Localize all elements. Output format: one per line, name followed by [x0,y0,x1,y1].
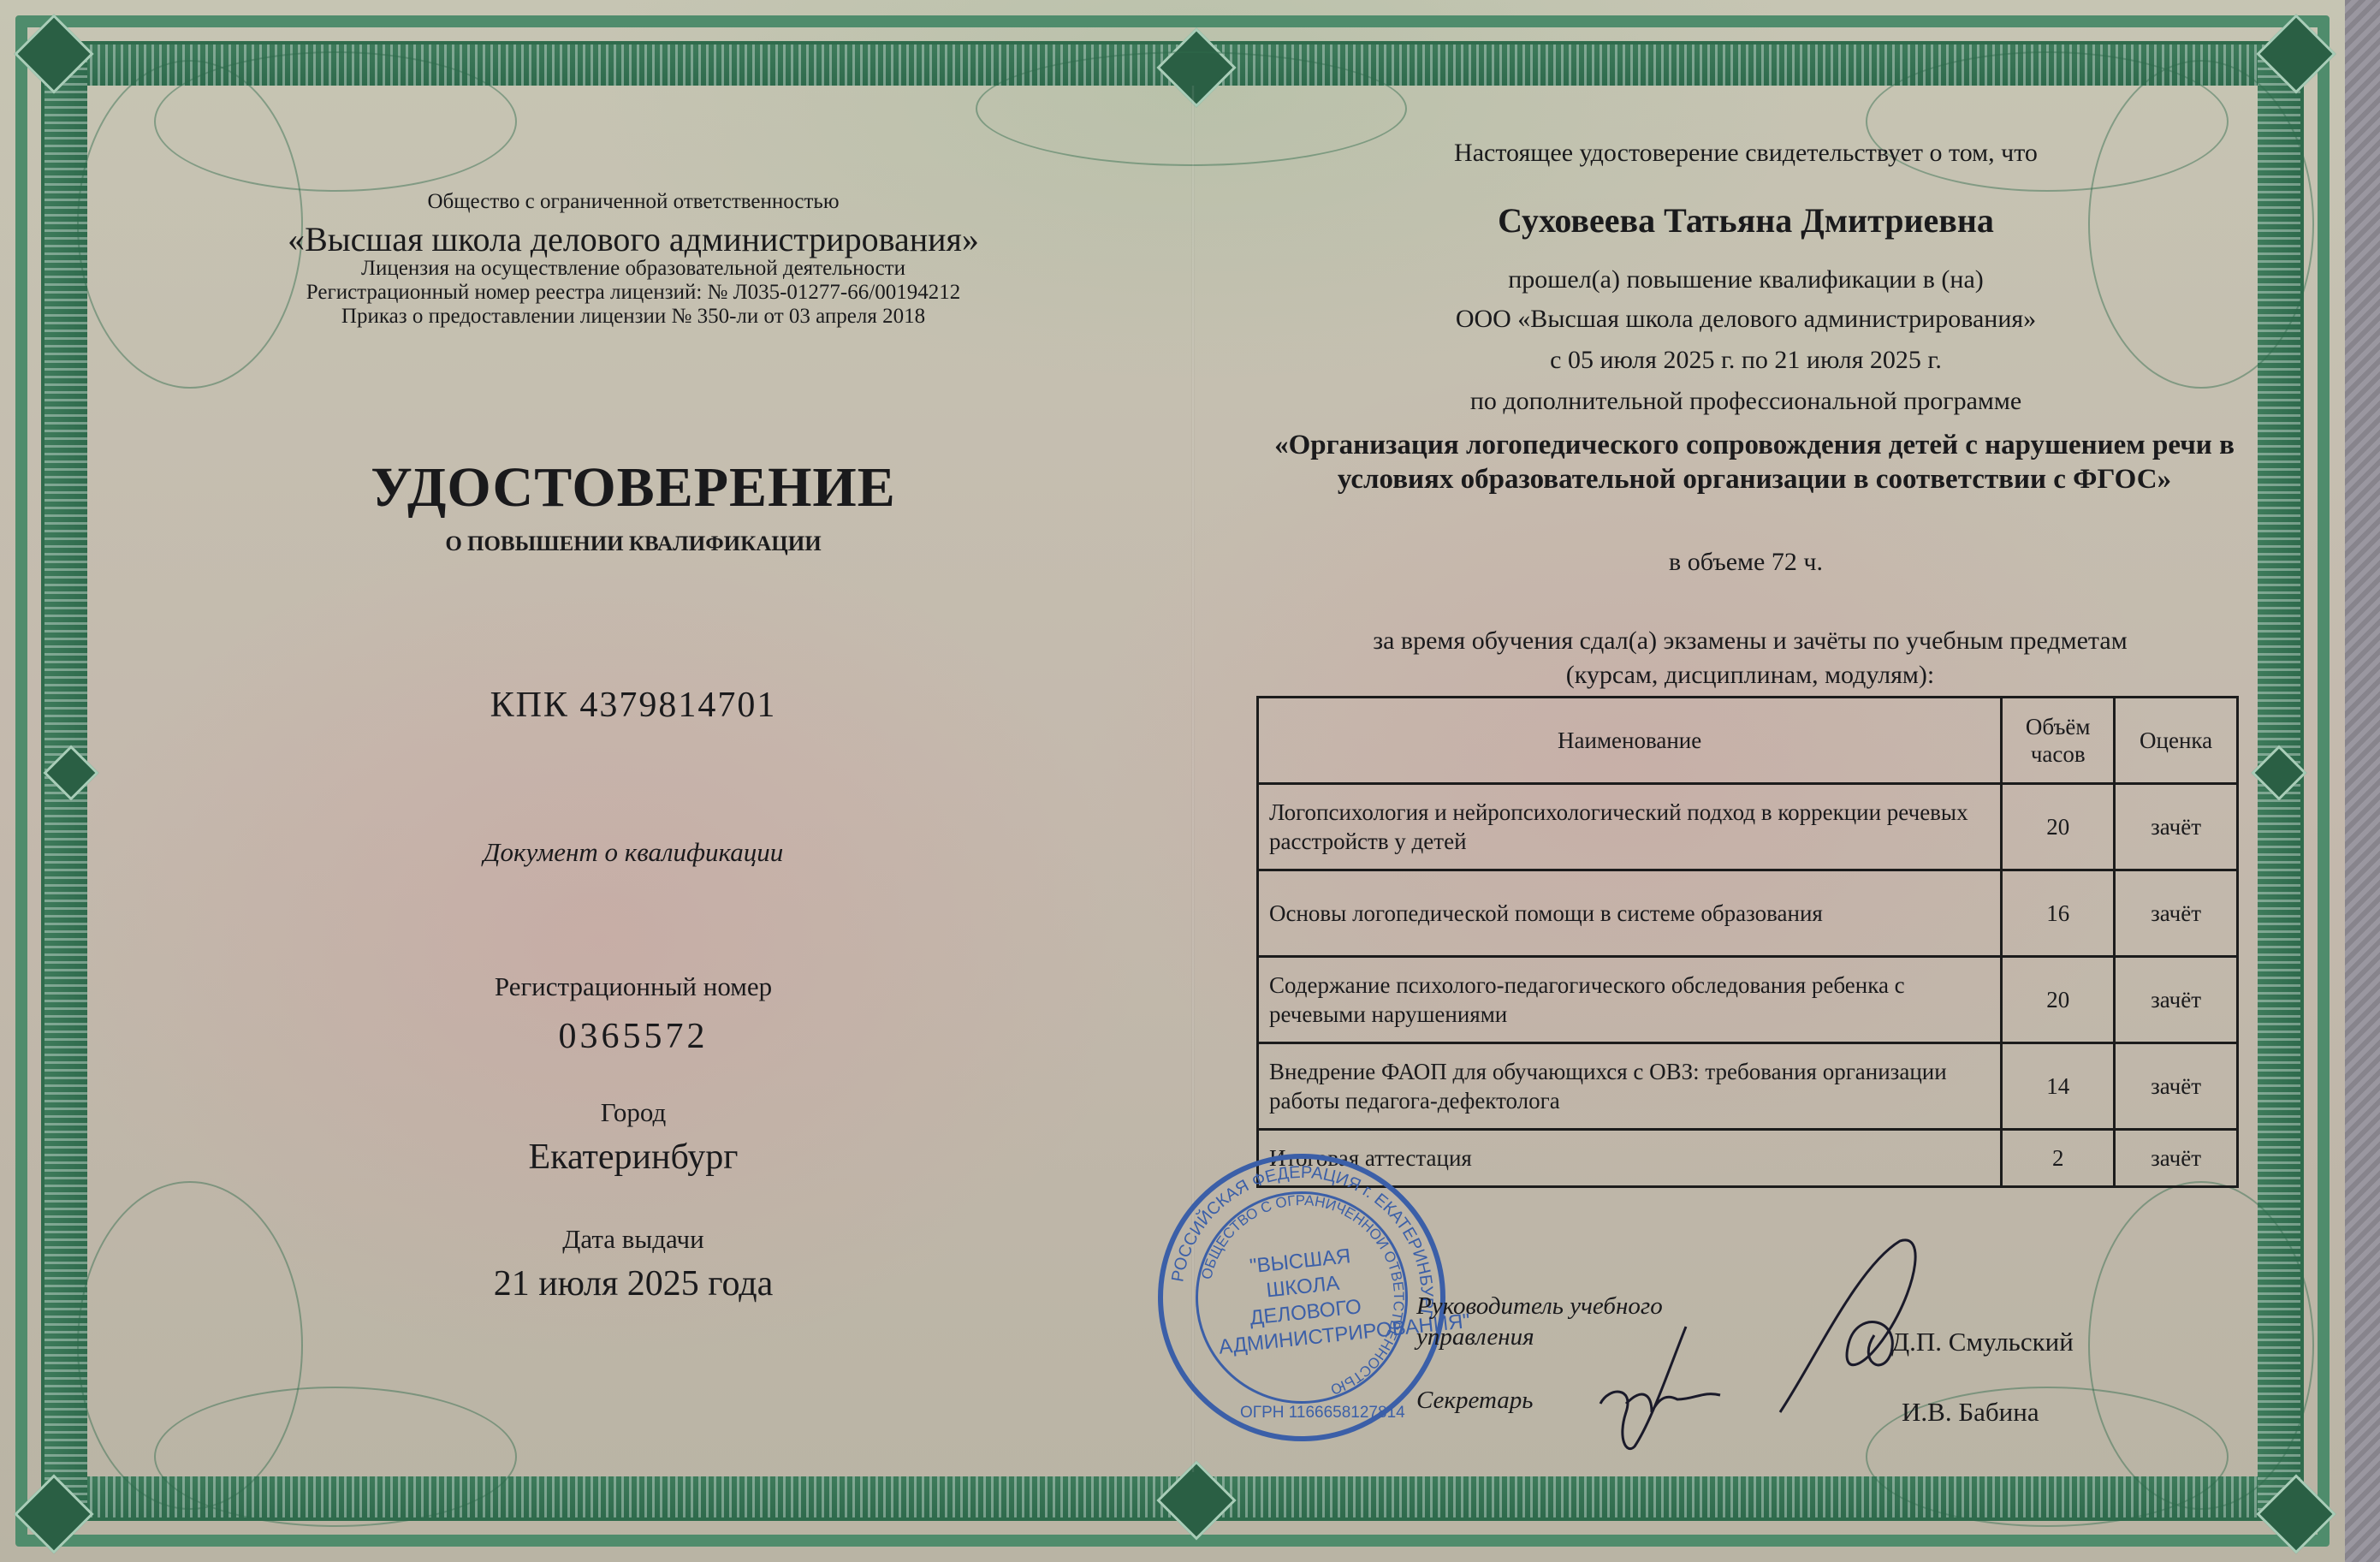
table-header-row: Наименование Объём часов Оценка [1258,698,2238,784]
subject-grade: зачёт [2115,957,2238,1043]
completed-line: прошел(а) повышение квалификации в (на) [1232,265,2259,294]
institution: ООО «Высшая школа делового администриров… [1232,305,2259,334]
stamp-center-text: "ВЫСШАЯ ШКОЛА ДЕЛОВОГО АДМИНИСТРИРОВАНИЯ… [1209,1239,1398,1360]
stamp-ogrn: ОГРН 1166658127814 [1240,1404,1405,1422]
table-row: Внедрение ФАОП для обучающихся с ОВЗ: тр… [1258,1043,2238,1130]
table-row: Логопсихология и нейропсихологический по… [1258,784,2238,870]
volume: в объеме 72 ч. [1232,548,2259,577]
subject-grade: зачёт [2115,1130,2238,1187]
grades-table: Наименование Объём часов Оценка Логопсих… [1256,696,2239,1188]
subject-name: Внедрение ФАОП для обучающихся с ОВЗ: тр… [1258,1043,2002,1130]
reg-number-label: Регистрационный номер [103,971,1164,1002]
program-intro: по дополнительной профессиональной прогр… [1232,387,2259,416]
holder-name: Суховеева Татьяна Дмитриевна [1232,200,2259,241]
head-signature-icon [1763,1232,1951,1429]
subject-name: Основы логопедической помощи в системе о… [1258,870,2002,957]
guilloche-ornament [154,1387,517,1527]
guilloche-ornament [1866,51,2229,192]
subject-name: Содержание психолого-педагогического обс… [1258,957,2002,1043]
exams-line: (курсам, дисциплинам, модулям): [1258,661,2242,690]
header-grade: Оценка [2115,698,2238,784]
city-label: Город [103,1097,1164,1128]
certificate-subtitle: О ПОВЫШЕНИИ КВАЛИФИКАЦИИ [103,532,1164,556]
official-stamp: РОССИЙСКАЯ ФЕДЕРАЦИЯ г. ЕКАТЕРИНБУРГ ОБЩ… [1158,1154,1445,1441]
table-row: Содержание психолого-педагогического обс… [1258,957,2238,1043]
subject-hours: 20 [2002,957,2115,1043]
subject-hours: 14 [2002,1043,2115,1130]
registry-line: Регистрационный номер реестра лицензий: … [103,281,1164,304]
certificate-document: Общество с ограниченной ответственностью… [0,0,2345,1562]
certificate-title: УДОСТОВЕРЕНИЕ [103,455,1164,520]
reg-number: 0365572 [103,1016,1164,1057]
intro-text: Настоящее удостоверение свидетельствует … [1232,139,2259,168]
order-line: Приказ о предоставлении лицензии № 350-л… [103,305,1164,328]
subject-hours: 16 [2002,870,2115,957]
subject-grade: зачёт [2115,870,2238,957]
table-row: Основы логопедической помощи в системе о… [1258,870,2238,957]
program-title: «Организация логопедического сопровожден… [1267,428,2242,496]
org-name: «Высшая школа делового администрирования… [103,219,1164,259]
period: с 05 июля 2025 г. по 21 июля 2025 г. [1232,346,2259,375]
subject-name: Логопсихология и нейропсихологический по… [1258,784,2002,870]
document-type: Документ о квалификации [103,837,1164,868]
subject-hours: 2 [2002,1130,2115,1187]
exams-line: за время обучения сдал(а) экзамены и зач… [1258,627,2242,656]
secretary-signature-label: Секретарь [1416,1385,1533,1416]
subject-hours: 20 [2002,784,2115,870]
header-hours: Объём часов [2002,698,2115,784]
guilloche-ornament [154,51,517,192]
subject-grade: зачёт [2115,784,2238,870]
license-line: Лицензия на осуществление образовательно… [103,257,1164,280]
subject-grade: зачёт [2115,1043,2238,1130]
city: Екатеринбург [103,1137,1164,1178]
org-form: Общество с ограниченной ответственностью [103,190,1164,214]
secretary-signature-icon [1592,1318,1746,1455]
issue-date-label: Дата выдачи [103,1224,1164,1255]
serial-number: КПК 4379814701 [103,685,1164,726]
header-name: Наименование [1258,698,2002,784]
issue-date: 21 июля 2025 года [103,1263,1164,1304]
